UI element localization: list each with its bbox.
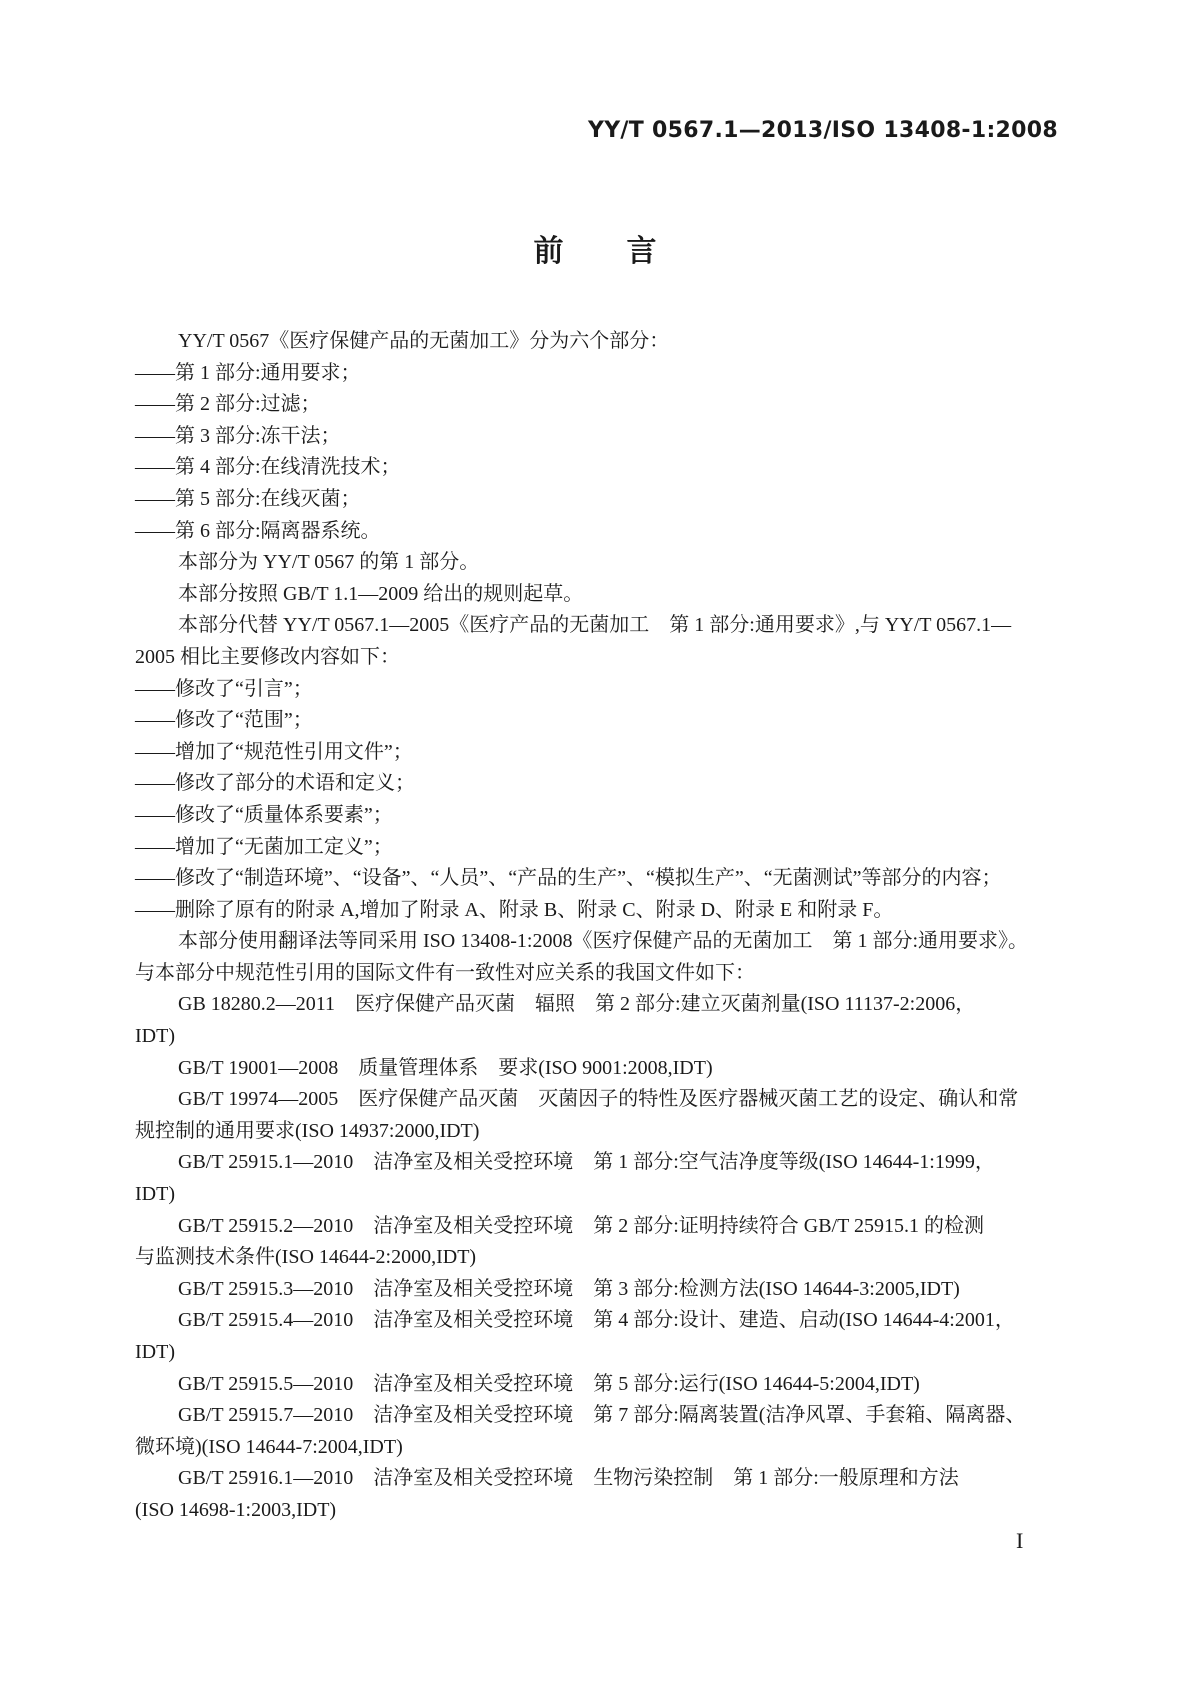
text-line: ——修改了部分的术语和定义； [135,768,1075,800]
text-line: YY/T 0567《医疗保健产品的无菌加工》分为六个部分： [135,326,1075,358]
text-line: GB/T 25915.7—2010 洁净室及相关受控环境 第 7 部分:隔离装置… [135,1400,1075,1432]
document-page: YY/T 0567.1—2013/ISO 13408-1:2008 前 言 YY… [0,0,1191,1684]
page-number: I [1016,1528,1023,1554]
foreword-title: 前 言 [0,226,1191,270]
text-line: ——第 2 部分:过滤； [135,389,1075,421]
text-line: GB/T 25915.1—2010 洁净室及相关受控环境 第 1 部分:空气洁净… [135,1147,1075,1179]
text-line: ——增加了“规范性引用文件”； [135,737,1075,769]
text-line: ——第 6 部分:隔离器系统。 [135,516,1075,548]
text-line: IDT) [135,1021,1075,1053]
text-line: (ISO 14698-1:2003,IDT) [135,1495,1075,1527]
foreword-body: YY/T 0567《医疗保健产品的无菌加工》分为六个部分：——第 1 部分:通用… [135,326,1075,1527]
text-line: ——修改了“制造环境”、“设备”、“人员”、“产品的生产”、“模拟生产”、“无菌… [135,863,1075,895]
text-line: ——第 1 部分:通用要求； [135,358,1075,390]
text-line: 本部分为 YY/T 0567 的第 1 部分。 [135,547,1075,579]
text-line: IDT) [135,1179,1075,1211]
text-line: ——增加了“无菌加工定义”； [135,832,1075,864]
text-line: 本部分使用翻译法等同采用 ISO 13408-1:2008《医疗保健产品的无菌加… [135,926,1075,958]
text-line: 2005 相比主要修改内容如下： [135,642,1075,674]
text-line: 微环境)(ISO 14644-7:2004,IDT) [135,1432,1075,1464]
text-line: ——修改了“引言”； [135,674,1075,706]
text-line: GB 18280.2—2011 医疗保健产品灭菌 辐照 第 2 部分:建立灭菌剂… [135,989,1075,1021]
text-line: ——修改了“范围”； [135,705,1075,737]
text-line: ——删除了原有的附录 A,增加了附录 A、附录 B、附录 C、附录 D、附录 E… [135,895,1075,927]
standard-code-header: YY/T 0567.1—2013/ISO 13408-1:2008 [588,118,1058,143]
text-line: GB/T 25916.1—2010 洁净室及相关受控环境 生物污染控制 第 1 … [135,1463,1075,1495]
text-line: GB/T 25915.5—2010 洁净室及相关受控环境 第 5 部分:运行(I… [135,1369,1075,1401]
text-line: ——第 4 部分:在线清洗技术； [135,452,1075,484]
text-line: 本部分代替 YY/T 0567.1—2005《医疗产品的无菌加工 第 1 部分:… [135,610,1075,642]
text-line: ——修改了“质量体系要素”； [135,800,1075,832]
text-line: 与本部分中规范性引用的国际文件有一致性对应关系的我国文件如下： [135,958,1075,990]
text-line: GB/T 25915.3—2010 洁净室及相关受控环境 第 3 部分:检测方法… [135,1274,1075,1306]
text-line: GB/T 19001—2008 质量管理体系 要求(ISO 9001:2008,… [135,1053,1075,1085]
text-line: 本部分按照 GB/T 1.1—2009 给出的规则起草。 [135,579,1075,611]
text-line: IDT) [135,1337,1075,1369]
text-line: GB/T 25915.2—2010 洁净室及相关受控环境 第 2 部分:证明持续… [135,1211,1075,1243]
text-line: ——第 5 部分:在线灭菌； [135,484,1075,516]
text-line: GB/T 25915.4—2010 洁净室及相关受控环境 第 4 部分:设计、建… [135,1305,1075,1337]
text-line: 规控制的通用要求(ISO 14937:2000,IDT) [135,1116,1075,1148]
text-line: 与监测技术条件(ISO 14644-2:2000,IDT) [135,1242,1075,1274]
text-line: ——第 3 部分:冻干法； [135,421,1075,453]
text-line: GB/T 19974—2005 医疗保健产品灭菌 灭菌因子的特性及医疗器械灭菌工… [135,1084,1075,1116]
